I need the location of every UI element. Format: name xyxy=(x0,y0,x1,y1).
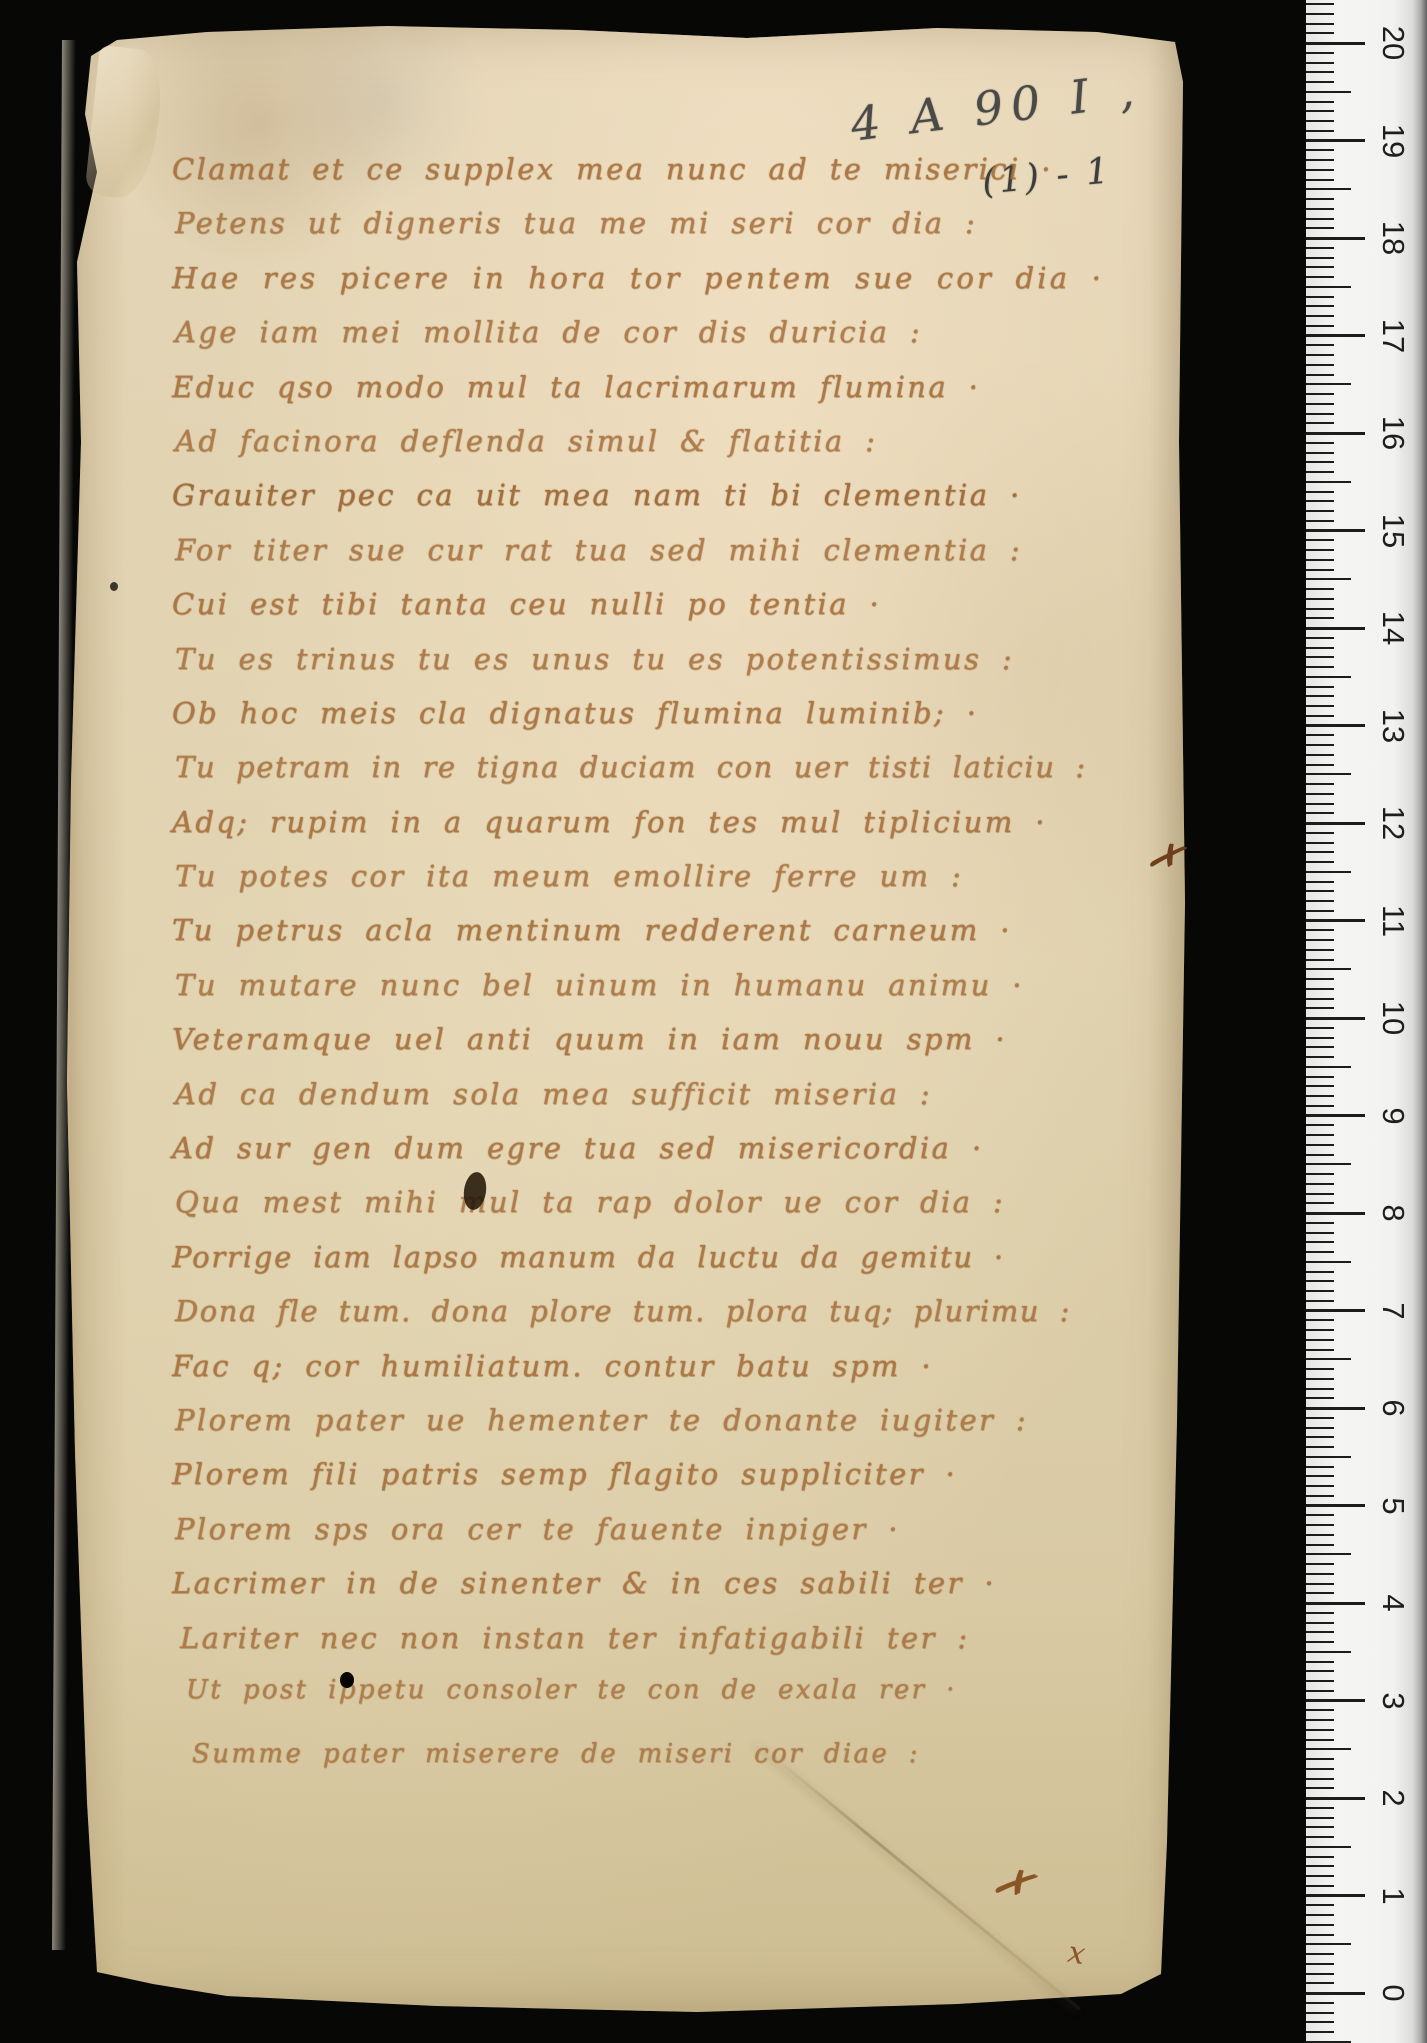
ruler-tick xyxy=(1306,1504,1365,1507)
ruler-tick xyxy=(1306,890,1334,892)
ruler-tick xyxy=(1306,1904,1334,1906)
manuscript-text-line: Plorem sps ora cer te fauente inpiger · xyxy=(175,1512,1152,1566)
ruler-tick xyxy=(1306,705,1334,707)
ruler-tick xyxy=(1306,1534,1334,1536)
ruler-tick xyxy=(1306,861,1334,863)
ruler-tick xyxy=(1306,900,1334,902)
ruler-tick xyxy=(1306,1066,1351,1068)
ruler-tick xyxy=(1306,1982,1334,1984)
ruler-number: 10 xyxy=(1378,995,1408,1041)
ruler-tick xyxy=(1306,1817,1334,1819)
ruler-tick xyxy=(1306,1875,1334,1877)
manuscript-text-block: Clamat et ce supplex mea nunc ad te mise… xyxy=(172,152,1152,1794)
manuscript-text-line: Ad ca dendum sola mea sufficit miseria : xyxy=(175,1077,1152,1131)
ruler-tick xyxy=(1306,637,1334,639)
manuscript-photo: 4 A 90 I , (1) - 1 Clamat et ce supplex … xyxy=(0,0,1427,2043)
ruler-tick xyxy=(1306,130,1334,132)
ruler-tick xyxy=(1306,1894,1365,1897)
ruler-tick xyxy=(1306,520,1334,522)
ruler-tick xyxy=(1306,1154,1334,1156)
ruler-tick xyxy=(1306,1319,1334,1321)
ruler-tick xyxy=(1306,1007,1334,1009)
ruler-tick xyxy=(1306,1212,1365,1215)
ruler-tick xyxy=(1306,1309,1365,1312)
manuscript-text-line: Ad facinora deflenda simul & flatitia : xyxy=(175,424,1152,478)
ruler-tick xyxy=(1306,1739,1334,1741)
ruler-tick xyxy=(1306,1046,1334,1048)
manuscript-text-line: Summe pater miserere de miseri cor diae … xyxy=(192,1739,1152,1793)
ruler-tick xyxy=(1306,110,1334,112)
ruler-tick xyxy=(1306,1670,1334,1672)
ruler-tick xyxy=(1306,452,1334,454)
ruler-tick xyxy=(1306,1612,1334,1614)
ruler-tick xyxy=(1306,1943,1351,1945)
ruler-number: 7 xyxy=(1378,1288,1408,1334)
manuscript-text-line: Adq; rupim in a quarum fon tes mul tipli… xyxy=(172,805,1152,859)
manuscript-text-line: Fac q; cor humiliatum. contur batu spm · xyxy=(172,1349,1152,1403)
ruler-tick xyxy=(1306,23,1334,25)
ruler-tick xyxy=(1306,276,1334,278)
ruler-tick xyxy=(1306,1076,1334,1078)
ruler-tick xyxy=(1306,120,1334,122)
ruler-tick xyxy=(1306,52,1334,54)
manuscript-text-line: Clamat et ce supplex mea nunc ad te mise… xyxy=(172,152,1152,206)
manuscript-text-line: Tu es trinus tu es unus tu es potentissi… xyxy=(175,642,1152,696)
manuscript-text-line: Hae res picere in hora tor pentem sue co… xyxy=(172,261,1152,315)
manuscript-text-line: Dona fle tum. dona plore tum. plora tuq;… xyxy=(175,1294,1152,1348)
ruler-tick xyxy=(1306,1475,1334,1477)
ruler-tick xyxy=(1306,1856,1334,1858)
ruler-tick xyxy=(1306,1134,1334,1136)
ruler-tick xyxy=(1306,198,1334,200)
ruler-tick xyxy=(1306,286,1351,288)
manuscript-text-line: Age iam mei mollita de cor dis duricia : xyxy=(175,315,1152,369)
ruler-number: 4 xyxy=(1378,1580,1408,1626)
ruler-tick xyxy=(1306,1241,1334,1243)
ruler-tick xyxy=(1306,842,1334,844)
ruler-tick xyxy=(1306,1885,1334,1887)
ruler-tick xyxy=(1306,1709,1334,1711)
ruler-tick xyxy=(1306,393,1334,395)
ruler-tick xyxy=(1306,1378,1334,1380)
ruler-tick xyxy=(1306,1719,1334,1721)
ruler-tick xyxy=(1306,1622,1334,1624)
ruler-tick xyxy=(1306,91,1351,93)
ruler-tick xyxy=(1306,1661,1334,1663)
manuscript-text-line: Tu petrus acla mentinum redderent carneu… xyxy=(172,913,1152,967)
manuscript-text-line: Qua mest mihi mul ta rap dolor ue cor di… xyxy=(175,1185,1152,1239)
ruler-tick xyxy=(1306,588,1334,590)
manuscript-text-line: Porrige iam lapso manum da luctu da gemi… xyxy=(172,1240,1152,1294)
ruler-tick xyxy=(1306,754,1334,756)
ruler-tick xyxy=(1306,676,1351,678)
ruler-tick xyxy=(1306,1290,1334,1292)
ruler-tick xyxy=(1306,764,1334,766)
ruler-tick xyxy=(1306,881,1334,883)
ruler-tick xyxy=(1306,939,1334,941)
ruler-number: 9 xyxy=(1378,1093,1408,1139)
ruler-tick xyxy=(1306,179,1334,181)
ruler-tick xyxy=(1306,1144,1334,1146)
ruler-tick xyxy=(1306,1427,1334,1429)
ruler-tick xyxy=(1306,919,1365,922)
ruler-tick xyxy=(1306,422,1334,424)
ruler-tick xyxy=(1306,998,1334,1000)
ruler-tick xyxy=(1306,1017,1365,1020)
ruler-tick xyxy=(1306,1261,1351,1263)
ruler-tick xyxy=(1306,218,1334,220)
ruler-tick xyxy=(1306,1436,1334,1438)
ruler-tick xyxy=(1306,1417,1334,1419)
ruler-tick xyxy=(1306,1407,1365,1410)
manuscript-text-line: Ut post ippetu consoler te con de exala … xyxy=(186,1675,1152,1729)
manuscript-text-line: Veteramque uel anti quum in iam nouu spm… xyxy=(172,1022,1152,1076)
ruler-tick xyxy=(1306,247,1334,249)
ruler-tick xyxy=(1306,773,1351,775)
ruler-tick xyxy=(1306,139,1365,142)
ruler-tick xyxy=(1306,1748,1351,1750)
ruler-tick xyxy=(1306,1583,1334,1585)
margin-speck xyxy=(110,582,118,591)
ruler-number: 18 xyxy=(1378,215,1408,261)
ruler-tick xyxy=(1306,1358,1351,1360)
manuscript-text-line: For titer sue cur rat tua sed mihi cleme… xyxy=(175,533,1152,587)
ruler-tick xyxy=(1306,71,1334,73)
ruler-tick xyxy=(1306,1602,1365,1605)
ruler-tick xyxy=(1306,549,1334,551)
ruler-tick xyxy=(1306,461,1334,463)
ruler-tick xyxy=(1306,949,1334,951)
ruler-tick xyxy=(1306,432,1365,435)
ruler-tick xyxy=(1306,1495,1334,1497)
ruler-tick xyxy=(1306,529,1365,532)
ruler-tick xyxy=(1306,1836,1334,1838)
ruler-tick xyxy=(1306,1846,1351,1848)
ruler-tick xyxy=(1306,598,1334,600)
ruler-tick xyxy=(1306,968,1351,970)
manuscript-text-line: Cui est tibi tanta ceu nulli po tentia · xyxy=(172,587,1152,641)
ruler-tick xyxy=(1306,1787,1334,1789)
ruler-tick xyxy=(1306,510,1334,512)
ruler-tick xyxy=(1306,481,1351,483)
ruler-tick xyxy=(1306,822,1365,825)
ruler-tick xyxy=(1306,1573,1334,1575)
ruler-tick xyxy=(1306,354,1334,356)
ruler-tick xyxy=(1306,1807,1334,1809)
ruler: 01234567891011121314151617181920 xyxy=(1306,0,1427,2043)
ruler-tick xyxy=(1306,1680,1334,1682)
manuscript-text-line: Tu petram in re tigna duciam con uer tis… xyxy=(175,750,1152,804)
ruler-tick xyxy=(1306,617,1334,619)
ruler-tick xyxy=(1306,1524,1334,1526)
ruler-tick xyxy=(1306,491,1334,493)
ruler-tick xyxy=(1306,149,1334,151)
ruler-tick xyxy=(1306,1953,1334,1955)
ruler-tick xyxy=(1306,959,1334,961)
ruler-tick xyxy=(1306,1729,1334,1731)
ruler-tick xyxy=(1306,2012,1334,2014)
ruler-tick xyxy=(1306,734,1334,736)
ruler-tick xyxy=(1306,413,1334,415)
ruler-tick xyxy=(1306,1114,1365,1117)
ruler-tick xyxy=(1306,1202,1334,1204)
ruler-tick xyxy=(1306,1768,1334,1770)
manuscript-text-line: Tu potes cor ita meum emollire ferre um … xyxy=(175,859,1152,913)
ruler-tick xyxy=(1306,62,1334,64)
ruler-tick xyxy=(1306,783,1334,785)
ruler-tick xyxy=(1306,978,1334,980)
ruler-tick xyxy=(1306,227,1334,229)
ruler-tick xyxy=(1306,13,1334,15)
ruler-number: 14 xyxy=(1378,605,1408,651)
ruler-tick xyxy=(1306,1193,1334,1195)
ruler-tick xyxy=(1306,1485,1334,1487)
ruler-tick xyxy=(1306,793,1334,795)
ruler-tick xyxy=(1306,237,1365,240)
ruler-tick xyxy=(1306,647,1334,649)
ruler-tick xyxy=(1306,325,1334,327)
ruler-tick xyxy=(1306,578,1351,580)
ruler-tick xyxy=(1306,159,1334,161)
ruler-tick xyxy=(1306,1699,1365,1702)
ruler-tick xyxy=(1306,296,1334,298)
ruler-tick xyxy=(1306,724,1365,727)
ruler-tick xyxy=(1306,988,1334,990)
ruler-tick xyxy=(1306,169,1334,171)
ruler-tick xyxy=(1306,1963,1334,1965)
ruler-number: 5 xyxy=(1378,1483,1408,1529)
ruler-number: 17 xyxy=(1378,313,1408,359)
ruler-tick xyxy=(1306,1183,1334,1185)
ruler-tick xyxy=(1306,1163,1351,1165)
ruler-number: 13 xyxy=(1378,703,1408,749)
ruler-number: 1 xyxy=(1378,1873,1408,1919)
ruler-tick xyxy=(1306,383,1351,385)
ruler-tick xyxy=(1306,101,1334,103)
ruler-tick xyxy=(1306,1563,1334,1565)
ruler-tick xyxy=(1306,715,1334,717)
ruler-tick xyxy=(1306,1992,1365,1995)
ruler-tick xyxy=(1306,1826,1334,1828)
ruler-tick xyxy=(1306,1027,1334,1029)
ruler-tick xyxy=(1306,3,1334,5)
ruler-tick xyxy=(1306,442,1334,444)
ruler-tick xyxy=(1306,1339,1334,1341)
ruler-tick xyxy=(1306,569,1334,571)
ruler-number: 12 xyxy=(1378,800,1408,846)
ruler-tick xyxy=(1306,1865,1334,1867)
ruler-tick xyxy=(1306,334,1365,337)
ruler-tick xyxy=(1306,1466,1334,1468)
ruler-number: 0 xyxy=(1378,1970,1408,2016)
ruler-tick xyxy=(1306,500,1334,502)
ruler-tick xyxy=(1306,1105,1334,1107)
ruler-number: 2 xyxy=(1378,1775,1408,1821)
ruler-tick xyxy=(1306,803,1334,805)
ruler-tick xyxy=(1306,812,1334,814)
manuscript-text-line: Ad sur gen dum egre tua sed misericordia… xyxy=(172,1131,1152,1185)
ruler-tick xyxy=(1306,1778,1334,1780)
ruler-tick xyxy=(1306,42,1365,45)
ruler-tick xyxy=(1306,1631,1334,1633)
ruler-tick xyxy=(1306,471,1334,473)
ruler-tick xyxy=(1306,257,1334,259)
manuscript-text-line: Grauiter pec ca uit mea nam ti bi clemen… xyxy=(172,478,1152,532)
ruler-tick xyxy=(1306,374,1334,376)
ruler-tick xyxy=(1306,1973,1334,1975)
manuscript-text-line: Lacrimer in de sinenter & in ces sabili … xyxy=(172,1566,1152,1620)
ruler-tick xyxy=(1306,929,1334,931)
ruler-tick xyxy=(1306,208,1334,210)
ruler-tick xyxy=(1306,2031,1334,2033)
ruler-tick xyxy=(1306,910,1334,912)
manuscript-text-line: Lariter nec non instan ter infatigabili … xyxy=(180,1621,1152,1675)
ruler-tick xyxy=(1306,266,1334,268)
ruler-number: 3 xyxy=(1378,1678,1408,1724)
ruler-tick xyxy=(1306,1300,1334,1302)
manuscript-text-line: Educ qso modo mul ta lacrimarum flumina … xyxy=(172,370,1152,424)
ruler-tick xyxy=(1306,2041,1351,2043)
manuscript-text-line: Plorem fili patris semp flagito supplici… xyxy=(172,1457,1152,1511)
ruler-tick xyxy=(1306,744,1334,746)
ruler-tick xyxy=(1306,1037,1334,1039)
ruler-number: 15 xyxy=(1378,508,1408,554)
ruler-tick xyxy=(1306,1797,1365,1800)
ruler-tick xyxy=(1306,1514,1334,1516)
ruler-tick xyxy=(1306,1397,1334,1399)
ruler-tick xyxy=(1306,1544,1334,1546)
ruler-number: 11 xyxy=(1378,898,1408,944)
ruler-tick xyxy=(1306,1095,1334,1097)
ruler-tick xyxy=(1306,1914,1334,1916)
ruler-tick xyxy=(1306,627,1365,630)
ruler-tick xyxy=(1306,1173,1334,1175)
ruler-tick xyxy=(1306,1222,1334,1224)
ruler-tick xyxy=(1306,608,1334,610)
ruler-number: 20 xyxy=(1378,20,1408,66)
ruler-tick xyxy=(1306,305,1334,307)
ruler-number: 8 xyxy=(1378,1190,1408,1236)
ruler-tick xyxy=(1306,1553,1351,1555)
ruler-tick xyxy=(1306,1924,1334,1926)
ruler-tick xyxy=(1306,1124,1334,1126)
ruler-tick xyxy=(1306,1758,1334,1760)
ruler-tick xyxy=(1306,695,1334,697)
ruler-tick xyxy=(1306,656,1334,658)
ruler-tick xyxy=(1306,344,1334,346)
wormhole-dot xyxy=(340,1672,354,1688)
ruler-tick xyxy=(1306,686,1334,688)
ruler-number: 6 xyxy=(1378,1385,1408,1431)
ruler-tick xyxy=(1306,1592,1334,1594)
ruler-tick xyxy=(1306,666,1334,668)
ruler-tick xyxy=(1306,32,1334,34)
ruler-tick xyxy=(1306,871,1351,873)
ruler-tick xyxy=(1306,1368,1334,1370)
manuscript-text-line: Ob hoc meis cla dignatus flumina luminib… xyxy=(172,696,1152,750)
ruler-tick xyxy=(1306,1232,1334,1234)
ruler-tick xyxy=(1306,539,1334,541)
ruler-tick xyxy=(1306,1446,1334,1448)
ruler-number: 16 xyxy=(1378,410,1408,456)
ruler-tick xyxy=(1306,1651,1351,1653)
ruler-tick xyxy=(1306,1251,1334,1253)
ruler-tick xyxy=(1306,851,1334,853)
ruler-tick xyxy=(1306,364,1334,366)
ruler-tick xyxy=(1306,832,1334,834)
ruler-tick xyxy=(1306,315,1334,317)
manuscript-text-line: Plorem pater ue hementer te donante iugi… xyxy=(175,1403,1152,1457)
ruler-tick xyxy=(1306,1456,1351,1458)
ruler-tick xyxy=(1306,1388,1334,1390)
ruler-tick xyxy=(1306,1085,1334,1087)
ruler-number: 19 xyxy=(1378,118,1408,164)
ruler-tick xyxy=(1306,81,1334,83)
ruler-tick xyxy=(1306,1280,1334,1282)
manuscript-text-line: Petens ut digneris tua me mi seri cor di… xyxy=(175,206,1152,260)
ruler-tick xyxy=(1306,559,1334,561)
ruler-tick xyxy=(1306,2002,1334,2004)
ruler-tick xyxy=(1306,1271,1334,1273)
ruler-tick xyxy=(1306,1641,1334,1643)
ruler-tick xyxy=(1306,1690,1334,1692)
manuscript-text-line: Tu mutare nunc bel uinum in humanu animu… xyxy=(175,968,1152,1022)
ruler-tick xyxy=(1306,1349,1334,1351)
ruler-tick xyxy=(1306,188,1351,190)
ruler-tick xyxy=(1306,1056,1334,1058)
ruler-tick xyxy=(1306,403,1334,405)
ruler-tick xyxy=(1306,2021,1334,2023)
ruler-tick xyxy=(1306,1934,1334,1936)
ruler-tick xyxy=(1306,1329,1334,1331)
